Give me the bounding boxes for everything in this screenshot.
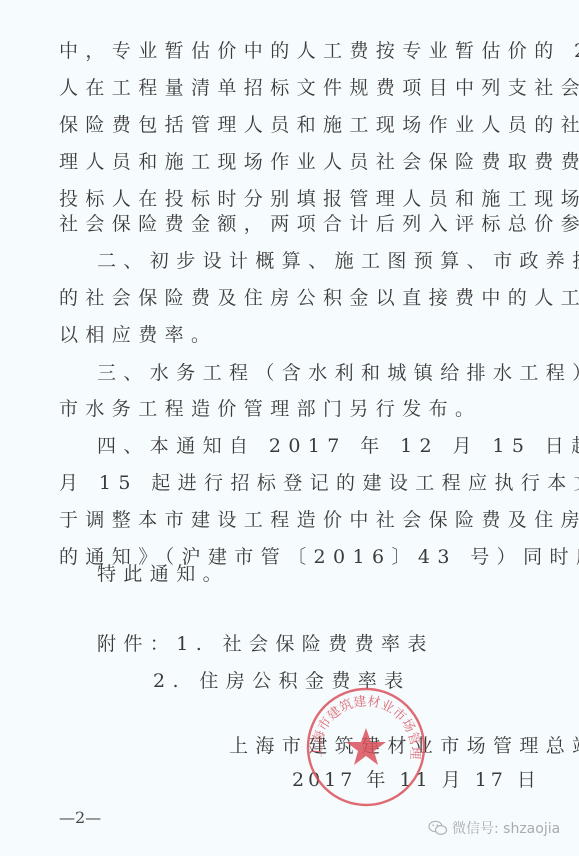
section-2-line: 二、初步设计概算、施工图预算、市政养护和绿地养护 bbox=[97, 249, 579, 273]
section-4-line: 四、本通知自 2017 年 12 月 15 日起施行。凡 2017 年 12 bbox=[97, 434, 579, 458]
paragraph-line: 投标人在投标时分别填报管理人员和施工现场作业人员的 bbox=[59, 187, 549, 211]
attachment-1: 附件：1. 社会保险费费率表 bbox=[97, 632, 579, 656]
signer-name: 上海市建筑建材业市场管理总站 bbox=[229, 734, 579, 758]
section-3-line: 市水务工程造价管理部门另行发布。 bbox=[59, 397, 549, 421]
wechat-watermark: 微信号: shzaojia bbox=[428, 818, 560, 838]
paragraph-line: 人在工程量清单招标文件规费项目中列支社会保险费，社会 bbox=[59, 76, 549, 100]
section-3-line: 三、水务工程（含水利和城镇给排水工程）相关费率由 bbox=[97, 361, 579, 385]
closing-text: 特此通知。 bbox=[97, 562, 579, 586]
section-4-line: 于调整本市建设工程造价中社会保险费及住房公积金费率 bbox=[59, 508, 549, 532]
section-2-line: 的社会保险费及住房公积金以直接费中的人工费为基数，乘 bbox=[59, 286, 549, 310]
wechat-icon bbox=[428, 820, 448, 836]
paragraph-line: 理人员和施工现场作业人员社会保险费取费费率固定统一。 bbox=[59, 150, 549, 174]
paragraph-line: 保险费包括管理人员和施工现场作业人员的社会保险费，管 bbox=[59, 113, 549, 137]
attachment-2: 2. 住房公积金费率表 bbox=[153, 669, 579, 693]
document-page: 中，专业暂估价中的人工费按专业暂估价的 20%计算。招标 人在工程量清单招标文件… bbox=[0, 0, 579, 856]
paragraph-line: 中，专业暂估价中的人工费按专业暂估价的 20%计算。招标 bbox=[59, 39, 549, 63]
issue-date: 2017 年 11 月 17 日 bbox=[292, 768, 579, 792]
paragraph-line: 社会保险费金额，两项合计后列入评标总价参与评标。 bbox=[59, 212, 549, 236]
watermark-text: 微信号: shzaojia bbox=[452, 818, 560, 838]
section-4-line: 月 15 起进行招标登记的建设工程应执行本文件费率。原《关 bbox=[59, 471, 549, 495]
section-2-line: 以相应费率。 bbox=[59, 323, 549, 347]
page-number: —2— bbox=[59, 808, 101, 827]
